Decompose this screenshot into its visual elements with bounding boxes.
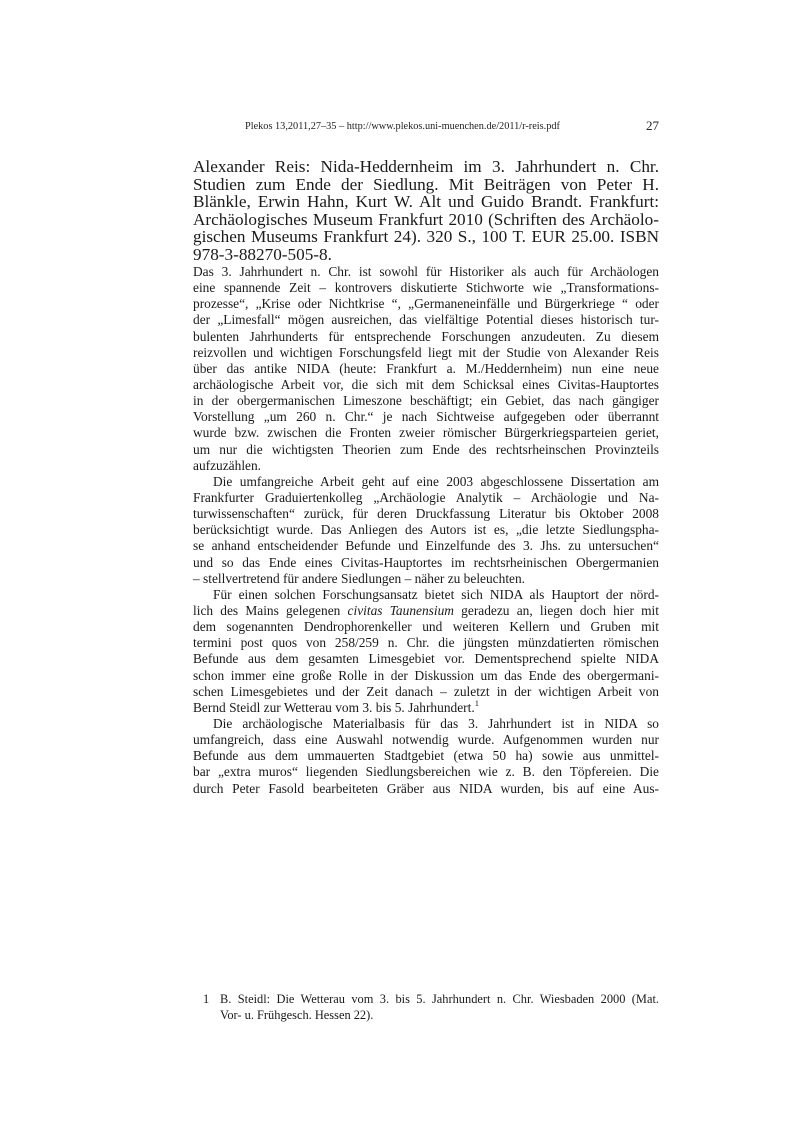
paragraph-1: Das 3. Jahrhundert n. Chr. ist sowohl fü… — [193, 264, 659, 474]
italic-latin-term: civitas Taunensium — [348, 603, 454, 618]
paragraph-3: Für einen solchen Forschungsansatz biete… — [193, 587, 659, 716]
text-line: über das antike NIDA (heute: Frankfurt a… — [193, 361, 659, 377]
text-line: Bernd Steidl zur Wetterau vom 3. bis 5. … — [193, 700, 659, 716]
text-line: schen Limesgebietes und der Zeit danach … — [193, 684, 659, 700]
running-head-citation: Plekos 13,2011,27–35 – http://www.plekos… — [245, 121, 560, 132]
text-line: aufzuzählen. — [193, 458, 659, 474]
footnote-reference[interactable]: 1 — [475, 698, 479, 708]
text-line: reizvollen und wichtigen Forschungsfeld … — [193, 345, 659, 361]
paragraph-4: Die archäologische Materialbasis für das… — [193, 716, 659, 797]
text-segment: Bernd Steidl zur Wetterau vom 3. bis 5. … — [193, 700, 475, 715]
footnote-text: B. Steidl: Die Wetterau vom 3. bis 5. Ja… — [220, 992, 659, 1023]
footnote-line: Vor- u. Frühgesch. Hessen 22). — [220, 1008, 659, 1024]
text-line: Befunde aus dem ummauerten Stadtgebiet (… — [193, 748, 659, 764]
text-line: Die archäologische Materialbasis für das… — [193, 716, 659, 732]
text-line: termini post quos von 258/259 n. Chr. di… — [193, 635, 659, 651]
footnote-line: B. Steidl: Die Wetterau vom 3. bis 5. Ja… — [220, 992, 659, 1008]
text-line: eine spannende Zeit – kontrovers diskuti… — [193, 280, 659, 296]
text-line: bulenten Jahrhunderts für entsprechende … — [193, 329, 659, 345]
text-line: – stellvertretend für andere Siedlungen … — [193, 571, 659, 587]
text-line: turwissenschaften“ zurück, für deren Dru… — [193, 506, 659, 522]
text-line: um nur die wichtigsten Theorien zum Ende… — [193, 442, 659, 458]
title-line: Archäologisches Museum Frankfurt 2010 (S… — [193, 211, 659, 229]
footnote-number: 1 — [203, 992, 209, 1008]
title-line: Blänkle, Erwin Hahn, Kurt W. Alt und Gui… — [193, 193, 659, 211]
text-line: Die umfangreiche Arbeit geht auf eine 20… — [193, 474, 659, 490]
text-line: in der obergermanischen Limeszone beschä… — [193, 393, 659, 409]
text-segment: geradezu an, liegen doch hier mit — [454, 603, 659, 618]
body-text: Das 3. Jahrhundert n. Chr. ist sowohl fü… — [193, 264, 659, 797]
text-line: Vorstellung „um 260 n. Chr.“ je nach Sic… — [193, 409, 659, 425]
title-line: 978-3-88270-505-8. — [193, 246, 659, 264]
running-header: Plekos 13,2011,27–35 – http://www.plekos… — [193, 119, 659, 135]
text-line: bar „extra muros“ liegenden Siedlungsber… — [193, 764, 659, 780]
page-number: 27 — [646, 118, 659, 134]
text-line: umfangreich, dass eine Auswahl notwendig… — [193, 732, 659, 748]
text-line: prozesse“, „Krise oder Nichtkrise “, „Ge… — [193, 296, 659, 312]
title-line: Studien zum Ende der Siedlung. Mit Beitr… — [193, 176, 659, 194]
title-line: gischen Museums Frankfurt 24). 320 S., 1… — [193, 228, 659, 246]
text-segment: lich des Mains gelegenen — [193, 603, 348, 618]
text-line: Für einen solchen Forschungsansatz biete… — [193, 587, 659, 603]
text-line: se anhand entscheidender Befunde und Ein… — [193, 538, 659, 554]
text-line: durch Peter Fasold bearbeiteten Gräber a… — [193, 781, 659, 797]
text-line: wurde bzw. zwischen die Fronten zweier r… — [193, 425, 659, 441]
review-title-citation: Alexander Reis: Nida-Heddernheim im 3. J… — [193, 158, 659, 264]
text-line: und so das Ende eines Civitas-Hauptortes… — [193, 555, 659, 571]
text-line: Befunde aus dem gesamten Limesgebiet vor… — [193, 651, 659, 667]
text-line: dem sogenannten Dendrophorenkeller und w… — [193, 619, 659, 635]
text-line: Frankfurter Graduiertenkolleg „Archäolog… — [193, 490, 659, 506]
footnote-1: 1 B. Steidl: Die Wetterau vom 3. bis 5. … — [193, 992, 659, 1023]
text-line: schon immer eine große Rolle in der Disk… — [193, 668, 659, 684]
text-line: archäologische Arbeit vor, die sich mit … — [193, 377, 659, 393]
paragraph-2: Die umfangreiche Arbeit geht auf eine 20… — [193, 474, 659, 587]
text-line: berücksichtigt wurde. Das Anliegen des A… — [193, 522, 659, 538]
text-line: lich des Mains gelegenen civitas Taunens… — [193, 603, 659, 619]
title-line: Alexander Reis: Nida-Heddernheim im 3. J… — [193, 158, 659, 176]
text-line: der „Limesfall“ mögen ausreichen, das vi… — [193, 312, 659, 328]
text-line: Das 3. Jahrhundert n. Chr. ist sowohl fü… — [193, 264, 659, 280]
document-page: Plekos 13,2011,27–35 – http://www.plekos… — [0, 0, 800, 1131]
